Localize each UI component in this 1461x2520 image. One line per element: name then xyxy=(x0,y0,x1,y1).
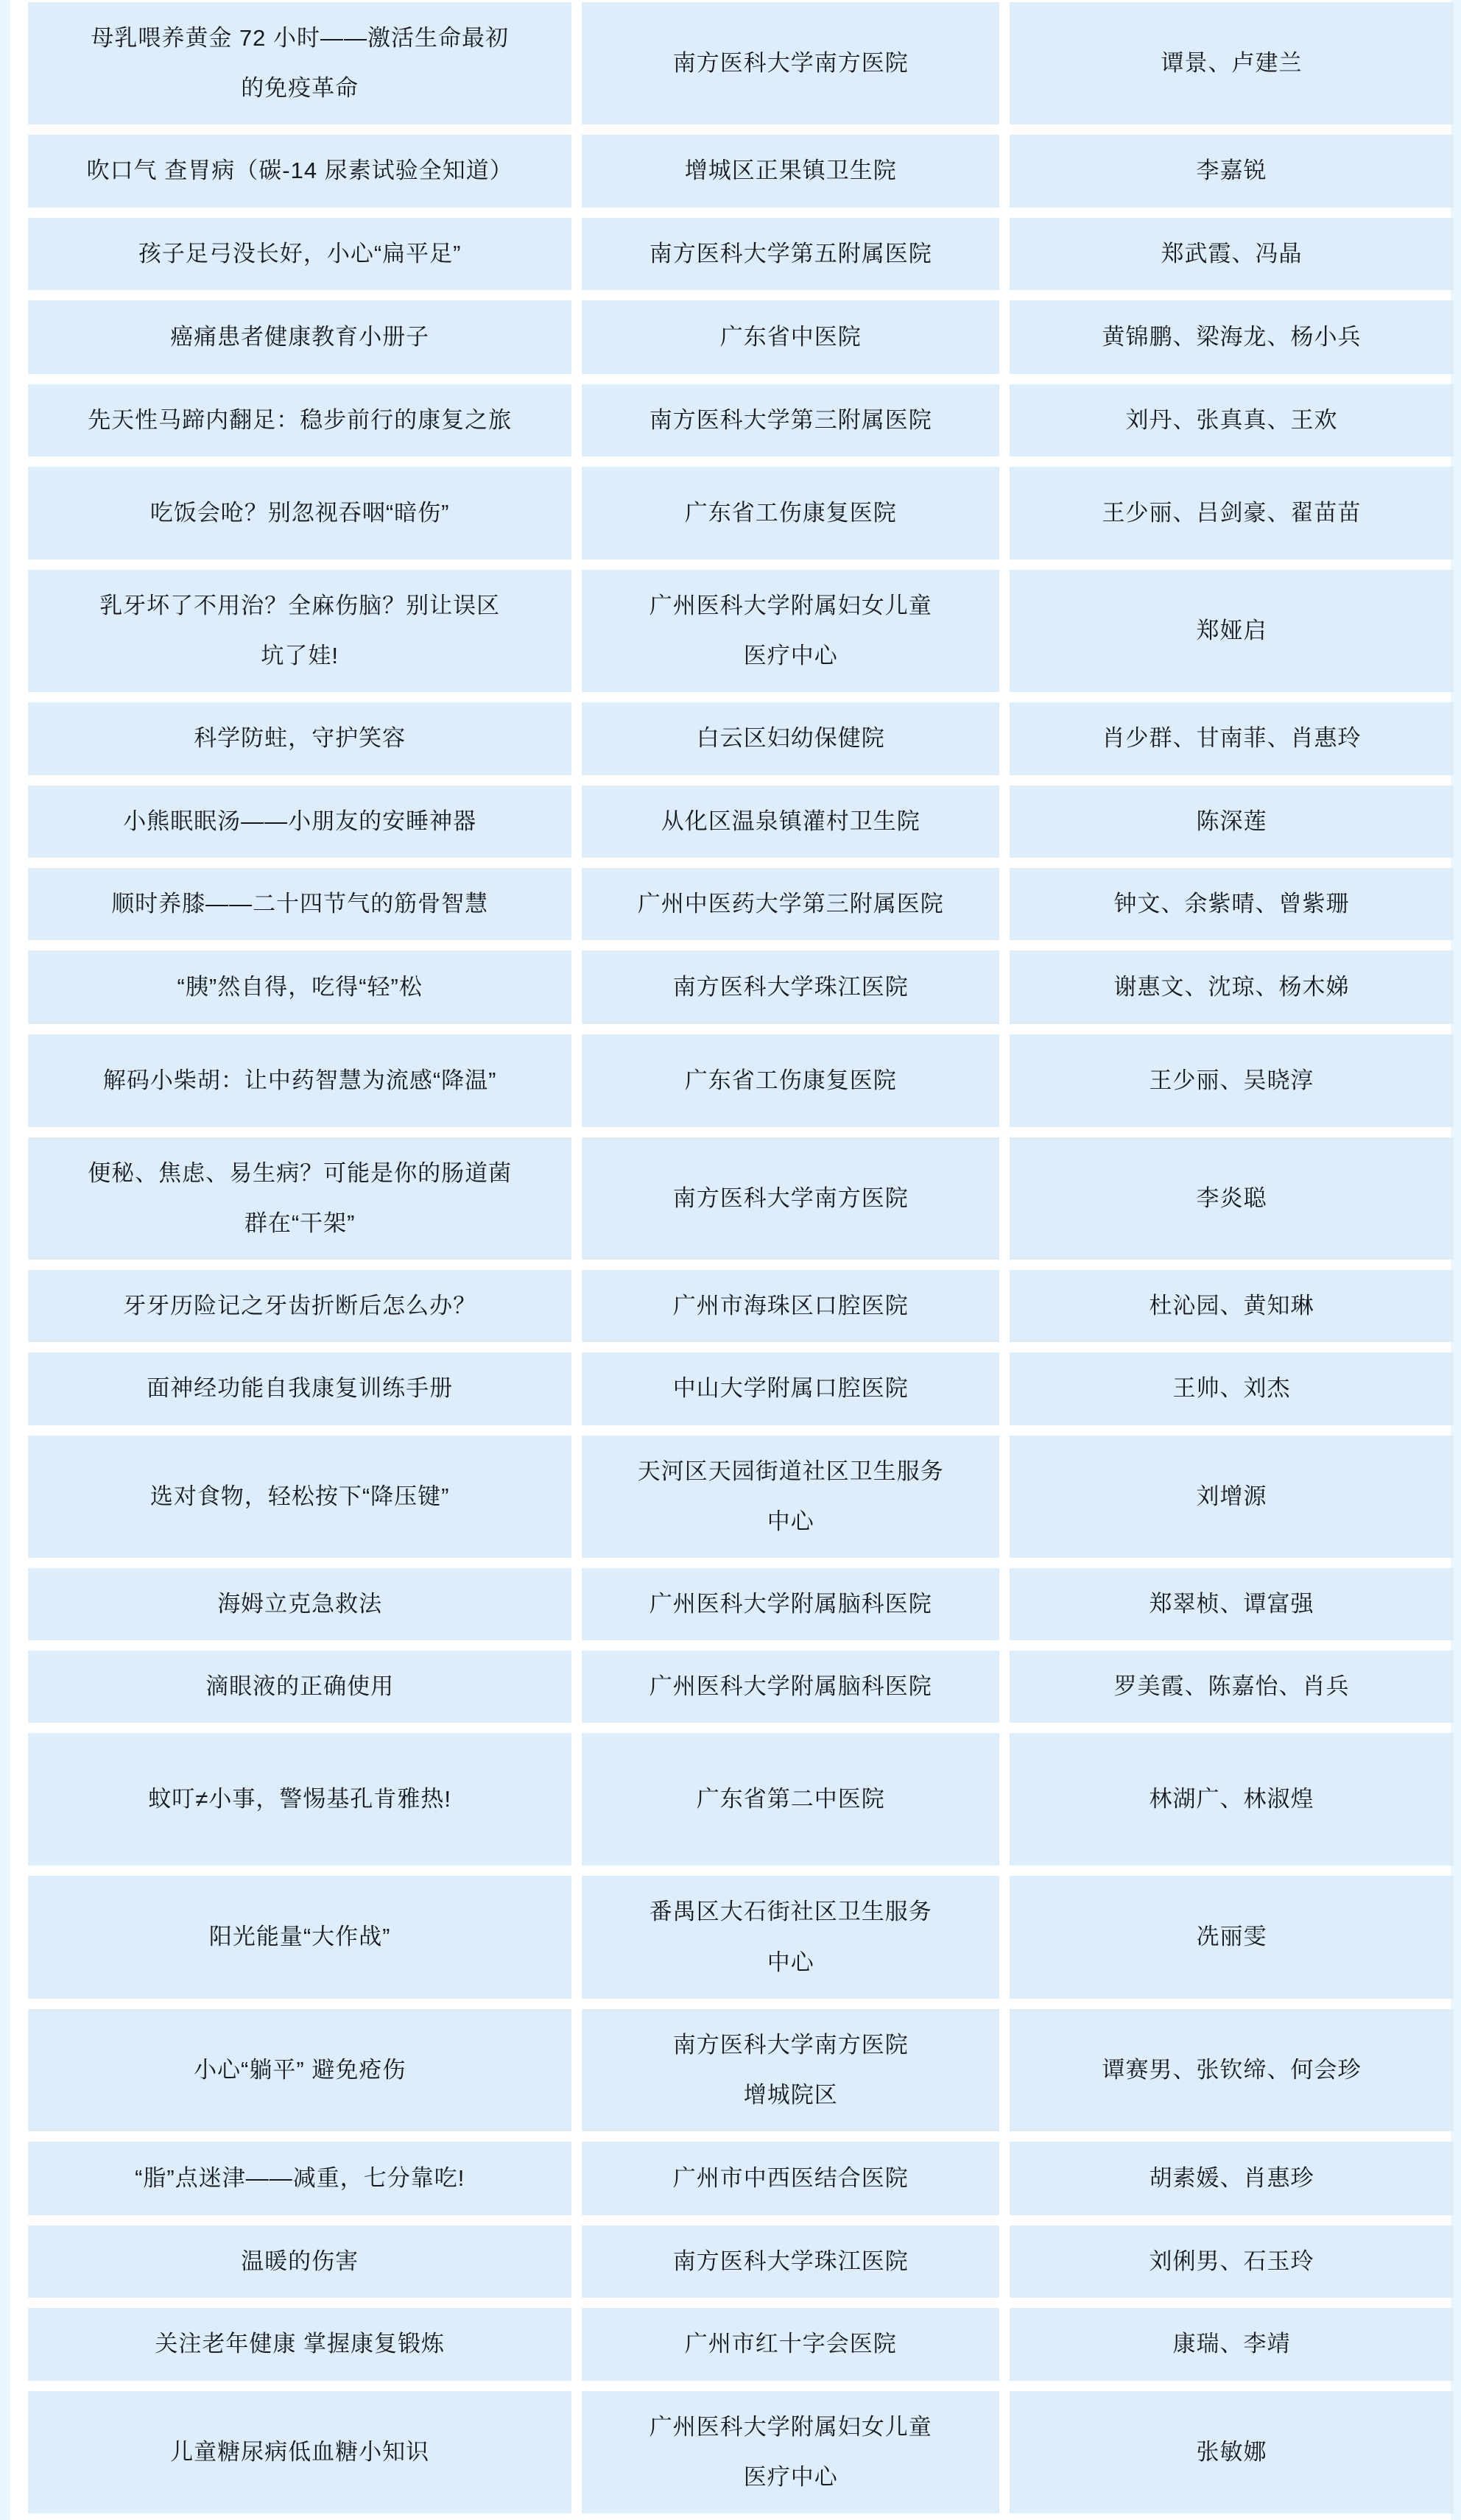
work-title-cell: 关注老年健康 掌握康复锻炼 xyxy=(28,2308,571,2380)
organization-cell: 广东省中医院 xyxy=(582,300,999,374)
work-title-cell: 温暖的伤害 xyxy=(28,2226,571,2298)
work-title-cell: 母乳喂养黄金 72 小时——激活生命最初 的免疫革命 xyxy=(28,2,571,124)
work-title-cell: 面神经功能自我康复训练手册 xyxy=(28,1352,571,1425)
work-title-cell: 牙牙历险记之牙齿折断后怎么办？ xyxy=(28,1270,571,1342)
authors-cell: 冼丽雯 xyxy=(1010,1876,1454,1998)
work-title-cell: 先天性马蹄内翻足：稳步前行的康复之旅 xyxy=(28,384,571,456)
authors-cell: 罗美霞、陈嘉怡、肖兵 xyxy=(1010,1651,1454,1723)
work-title-cell: 选对食物，轻松按下“降压键” xyxy=(28,1436,571,1558)
organization-cell: 广东省第二中医院 xyxy=(582,1733,999,1866)
work-title-cell: 滴眼液的正确使用 xyxy=(28,1651,571,1723)
authors-cell: 张敏娜 xyxy=(1010,2391,1454,2513)
organization-cell: 广东省工伤康复医院 xyxy=(582,467,999,560)
work-title-cell: 解码小柴胡：让中药智慧为流感“降温” xyxy=(28,1034,571,1127)
authors-cell: 刘丹、张真真、王欢 xyxy=(1010,384,1454,456)
work-title-cell: 便秘、焦虑、易生病？可能是你的肠道菌 群在“干架” xyxy=(28,1137,571,1260)
organization-cell: 广东省工伤康复医院 xyxy=(582,1034,999,1127)
work-title-cell: 小熊眠眠汤——小朋友的安睡神器 xyxy=(28,786,571,858)
organization-cell: 天河区天园街道社区卫生服务 中心 xyxy=(582,1436,999,1558)
authors-cell: 李嘉锐 xyxy=(1010,135,1454,207)
organization-cell: 南方医科大学珠江医院 xyxy=(582,2226,999,2298)
work-title-cell: “胰”然自得，吃得“轻”松 xyxy=(28,950,571,1024)
organization-cell: 南方医科大学南方医院 增城院区 xyxy=(582,2009,999,2131)
authors-cell: 谭赛男、张钦缔、何会珍 xyxy=(1010,2009,1454,2131)
work-title-cell: 乳牙坏了不用治？全麻伤脑？别让误区 坑了娃! xyxy=(28,570,571,692)
work-title-cell: “脂”点迷津——减重，七分靠吃! xyxy=(28,2142,571,2215)
organization-cell: 番禺区大石街社区卫生服务 中心 xyxy=(582,1876,999,1998)
organization-cell: 广州医科大学附属妇女儿童 医疗中心 xyxy=(582,2391,999,2513)
authors-cell: 陈深莲 xyxy=(1010,786,1454,858)
work-title-cell: 孩子足弓没长好，小心“扁平足” xyxy=(28,218,571,290)
authors-cell: 黄锦鹏、梁海龙、杨小兵 xyxy=(1010,300,1454,374)
work-title-cell: 小心“躺平” 避免疮伤 xyxy=(28,2009,571,2131)
organization-cell: 南方医科大学珠江医院 xyxy=(582,950,999,1024)
work-title-cell: 蚊叮≠小事，警惕基孔肯雅热! xyxy=(28,1733,571,1866)
authors-cell: 肖少群、甘南菲、肖惠玲 xyxy=(1010,702,1454,774)
authors-cell: 谢惠文、沈琼、杨木娣 xyxy=(1010,950,1454,1024)
organization-cell: 广州中医药大学第三附属医院 xyxy=(582,868,999,940)
organization-cell: 南方医科大学南方医院 xyxy=(582,1137,999,1260)
authors-cell: 钟文、余紫晴、曾紫珊 xyxy=(1010,868,1454,940)
authors-cell: 康瑞、李靖 xyxy=(1010,2308,1454,2380)
organization-cell: 从化区温泉镇灌村卫生院 xyxy=(582,786,999,858)
organization-cell: 广州市红十字会医院 xyxy=(582,2308,999,2380)
organization-cell: 中山大学附属口腔医院 xyxy=(582,1352,999,1425)
health-education-works-table: 母乳喂养黄金 72 小时——激活生命最初 的免疫革命南方医科大学南方医院谭景、卢… xyxy=(28,2,1433,2513)
work-title-cell: 阳光能量“大作战” xyxy=(28,1876,571,1998)
organization-cell: 白云区妇幼保健院 xyxy=(582,702,999,774)
authors-cell: 谭景、卢建兰 xyxy=(1010,2,1454,124)
organization-cell: 广州医科大学附属脑科医院 xyxy=(582,1568,999,1640)
authors-cell: 郑武霞、冯晶 xyxy=(1010,218,1454,290)
work-title-cell: 癌痛患者健康教育小册子 xyxy=(28,300,571,374)
organization-cell: 南方医科大学南方医院 xyxy=(582,2,999,124)
authors-cell: 杜沁园、黄知琳 xyxy=(1010,1270,1454,1342)
organization-cell: 广州医科大学附属脑科医院 xyxy=(582,1651,999,1723)
authors-cell: 王少丽、吕剑豪、翟苗苗 xyxy=(1010,467,1454,560)
authors-cell: 王少丽、吴晓淳 xyxy=(1010,1034,1454,1127)
authors-cell: 郑娅启 xyxy=(1010,570,1454,692)
authors-cell: 王帅、刘杰 xyxy=(1010,1352,1454,1425)
authors-cell: 李炎聪 xyxy=(1010,1137,1454,1260)
organization-cell: 广州医科大学附属妇女儿童 医疗中心 xyxy=(582,570,999,692)
work-title-cell: 吃饭会呛？别忽视吞咽“暗伤” xyxy=(28,467,571,560)
work-title-cell: 科学防蛀，守护笑容 xyxy=(28,702,571,774)
organization-cell: 南方医科大学第五附属医院 xyxy=(582,218,999,290)
organization-cell: 增城区正果镇卫生院 xyxy=(582,135,999,207)
organization-cell: 广州市中西医结合医院 xyxy=(582,2142,999,2215)
work-title-cell: 海姆立克急救法 xyxy=(28,1568,571,1640)
authors-cell: 刘俐男、石玉玲 xyxy=(1010,2226,1454,2298)
work-title-cell: 顺时养膝——二十四节气的筋骨智慧 xyxy=(28,868,571,940)
work-title-cell: 吹口气 查胃病（碳-14 尿素试验全知道） xyxy=(28,135,571,207)
authors-cell: 刘增源 xyxy=(1010,1436,1454,1558)
authors-cell: 郑翠桢、谭富强 xyxy=(1010,1568,1454,1640)
organization-cell: 广州市海珠区口腔医院 xyxy=(582,1270,999,1342)
authors-cell: 林湖广、林淑煌 xyxy=(1010,1733,1454,1866)
authors-cell: 胡素媛、肖惠珍 xyxy=(1010,2142,1454,2215)
organization-cell: 南方医科大学第三附属医院 xyxy=(582,384,999,456)
work-title-cell: 儿童糖尿病低血糖小知识 xyxy=(28,2391,571,2513)
table-frame: 母乳喂养黄金 72 小时——激活生命最初 的免疫革命南方医科大学南方医院谭景、卢… xyxy=(10,0,1451,2520)
